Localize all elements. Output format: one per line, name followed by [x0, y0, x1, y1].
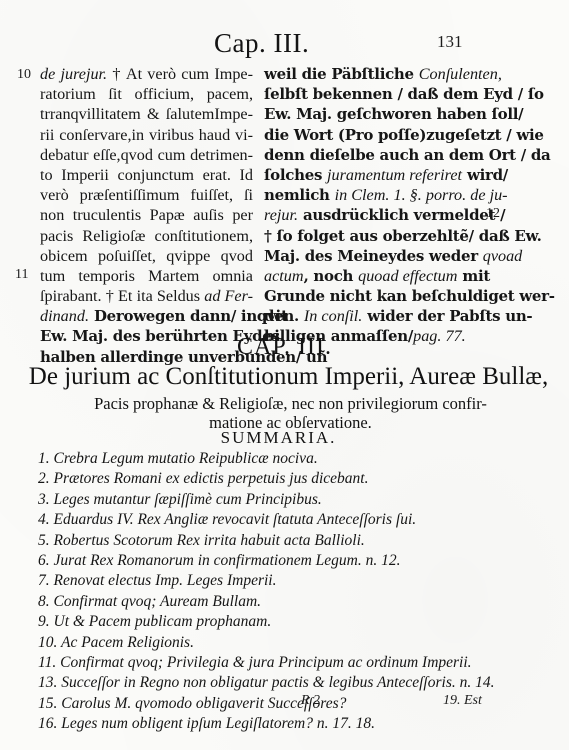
text-run: denn dieſelbe auch an dem Ort / da	[264, 146, 550, 164]
running-title: Cap. III.	[214, 28, 309, 59]
text-run: Derowegen dann/ inqvit	[89, 307, 288, 325]
margin-number: 10	[17, 67, 31, 83]
text-run: obicem poſuiſſet, qvippe qvod	[40, 247, 253, 265]
text-run: dinand.	[40, 307, 89, 325]
text-line: non truculentis Papæ auſis per	[40, 205, 253, 225]
chapter-number: CAP. III.	[0, 334, 569, 361]
text-run: rejur.	[264, 206, 298, 224]
text-run: Maj. des Meineydes weder	[264, 247, 483, 265]
text-line: weil die Päbſtliche Conſulenten,	[264, 64, 479, 84]
text-run: non truculentis Papæ auſis per	[40, 206, 253, 224]
text-run: to Imperii conjunctum erat. Id	[40, 166, 253, 184]
text-run: ratorium ſit officium, pacem,	[40, 85, 253, 103]
text-line: rii conſervare,in viribus haud vi-	[40, 125, 253, 145]
chapter-subtitle-line1: Pacis prophanæ & Religioſæ, nec non priv…	[94, 394, 487, 413]
text-line: denn dieſelbe auch an dem Ort / da	[264, 145, 479, 165]
text-run: in Clem. 1. §. porro. de ju-	[335, 186, 508, 204]
text-line: pacis Religioſæ conſtitutionem,	[40, 226, 253, 246]
text-line: den. In conſil. wider der Pabſts un-	[264, 306, 479, 326]
text-run: pacis Religioſæ conſtitutionem,	[40, 227, 253, 245]
summaria-item: 1. Crebra Legum mutatio Reipublicæ nociv…	[38, 449, 495, 469]
text-run: verò præſentiſſimum fuiſſet, ſi	[40, 186, 253, 204]
text-line: actum, noch quoad effectum mit	[264, 266, 479, 286]
text-line: dinand. Derowegen dann/ inqvit	[40, 306, 253, 326]
summaria-heading: SUMMARIA.	[0, 428, 563, 448]
summaria-item: 7. Renovat electus Imp. Leges Imperii.	[38, 571, 495, 591]
text-line: ratorium ſit officium, pacem,	[40, 84, 253, 104]
text-line: obicem poſuiſſet, qvippe qvod	[40, 246, 253, 266]
text-run: wider der Pabſts un-	[362, 307, 532, 325]
text-run: qvoad	[483, 247, 523, 265]
text-run: † ſo folget aus oberzehltẽ/ daß Ew.	[264, 227, 542, 245]
text-run: trranqvillitatem & ſalutemImpe-	[40, 105, 253, 123]
summaria-item: 5. Robertus Scotorum Rex irrita habuit a…	[38, 531, 495, 551]
summaria-item: 2. Prætores Romani ex edictis perpetuis …	[38, 469, 495, 489]
text-line: to Imperii conjunctum erat. Id	[40, 165, 253, 185]
summaria-item: 3. Leges mutantur ſæpiſſimè cum Principi…	[38, 490, 495, 510]
text-line: Grunde nicht kan beſchuldiget wer-	[264, 286, 479, 306]
text-line: rejur. ausdrücklich vermeldet /	[264, 205, 479, 225]
text-run: mit	[457, 267, 490, 285]
text-line: ſelbſt bekennen / daß dem Eyd / ſo	[264, 84, 479, 104]
text-run: actum	[264, 267, 304, 285]
text-run: ſelbſt bekennen / daß dem Eyd / ſo	[264, 85, 544, 103]
text-run: debatur eſſe,qvod cum detrimen-	[40, 146, 253, 164]
text-run: die Wort (Pro poſſe)zugeſetzt / wie	[264, 126, 544, 144]
text-run: , noch	[304, 267, 359, 285]
text-run: ſolches	[264, 166, 327, 184]
text-line: trranqvillitatem & ſalutemImpe-	[40, 104, 253, 124]
text-run: Conſulenten,	[419, 65, 502, 83]
text-line: verò præſentiſſimum fuiſſet, ſi	[40, 185, 253, 205]
right-text-column: weil die Päbſtliche Conſulenten,ſelbſt b…	[264, 64, 479, 347]
summaria-item: 16. Leges num obligent ipſum Legiſlatore…	[38, 714, 495, 734]
chapter-title: De jurium ac Conſtitutionum Imperii, Aur…	[4, 363, 569, 391]
text-line: nemlich in Clem. 1. §. porro. de ju-	[264, 185, 479, 205]
summaria-item: 10. Ac Pacem Religionis.	[38, 633, 495, 653]
text-line: debatur eſſe,qvod cum detrimen-	[40, 145, 253, 165]
text-run: juramentum referiret	[327, 166, 462, 184]
left-text-column: de jurejur. † At verò cum Impe-ratorium …	[40, 64, 253, 367]
summaria-item: 4. Eduardus IV. Rex Angliæ revocavit ſta…	[38, 510, 495, 530]
margin-number: 12	[486, 206, 500, 222]
summaria-item: 13. Succeſſor in Regno non obligatur pac…	[38, 673, 495, 693]
text-run: wird/	[462, 166, 508, 184]
text-run: ſpirabant. † Et ita Seldus	[40, 287, 204, 305]
text-run: de jurejur.	[40, 65, 107, 83]
text-run: quoad effectum	[358, 267, 457, 285]
text-run: ausdrücklich vermeldet /	[298, 206, 505, 224]
text-line: † ſo folget aus oberzehltẽ/ daß Ew.	[264, 226, 479, 246]
text-run: rii conſervare,in viribus haud vi-	[40, 126, 253, 144]
text-run: weil die Päbſtliche	[264, 65, 419, 83]
text-run: ad Fer-	[204, 287, 253, 305]
summaria-item: 11. Confirmat qvoq; Privilegia & jura Pr…	[38, 653, 495, 673]
chapter-subtitle: Pacis prophanæ & Religioſæ, nec non priv…	[6, 394, 569, 432]
text-line: tum temporis Martem omnia	[40, 266, 253, 286]
summaria-item: 8. Confirmat qvoq; Auream Bullam.	[38, 592, 495, 612]
summaria-list: 1. Crebra Legum mutatio Reipublicæ nociv…	[38, 449, 495, 734]
text-run: den.	[264, 307, 304, 325]
summaria-item: 15. Carolus M. qvomodo obligaverit Succe…	[38, 694, 495, 714]
summaria-item: 9. Ut & Pacem publicam prophanam.	[38, 612, 495, 632]
margin-number: 11	[15, 267, 28, 283]
text-line: ſpirabant. † Et ita Seldus ad Fer-	[40, 286, 253, 306]
text-run: nemlich	[264, 186, 335, 204]
text-run: † At verò cum Impe-	[107, 65, 253, 83]
page-number: 131	[437, 32, 463, 52]
text-line: ſolches juramentum referiret wird/	[264, 165, 479, 185]
text-line: die Wort (Pro poſſe)zugeſetzt / wie	[264, 125, 479, 145]
printer-signature-mark: R 2	[301, 693, 320, 709]
text-line: Maj. des Meineydes weder qvoad	[264, 246, 479, 266]
text-line: Ew. Maj. geſchworen haben ſoll/	[264, 104, 479, 124]
text-line: de jurejur. † At verò cum Impe-	[40, 64, 253, 84]
text-run: In conſil.	[304, 307, 362, 325]
document-page: Cap. III. 131 de jurejur. † At verò cum …	[0, 0, 569, 750]
catchword: 19. Est	[443, 693, 482, 709]
summaria-item: 6. Jurat Rex Romanorum in confirmationem…	[38, 551, 495, 571]
text-run: tum temporis Martem omnia	[40, 267, 253, 285]
running-head: Cap. III. 131	[0, 28, 569, 62]
text-run: Ew. Maj. geſchworen haben ſoll/	[264, 105, 523, 123]
text-run: Grunde nicht kan beſchuldiget wer-	[264, 287, 555, 305]
